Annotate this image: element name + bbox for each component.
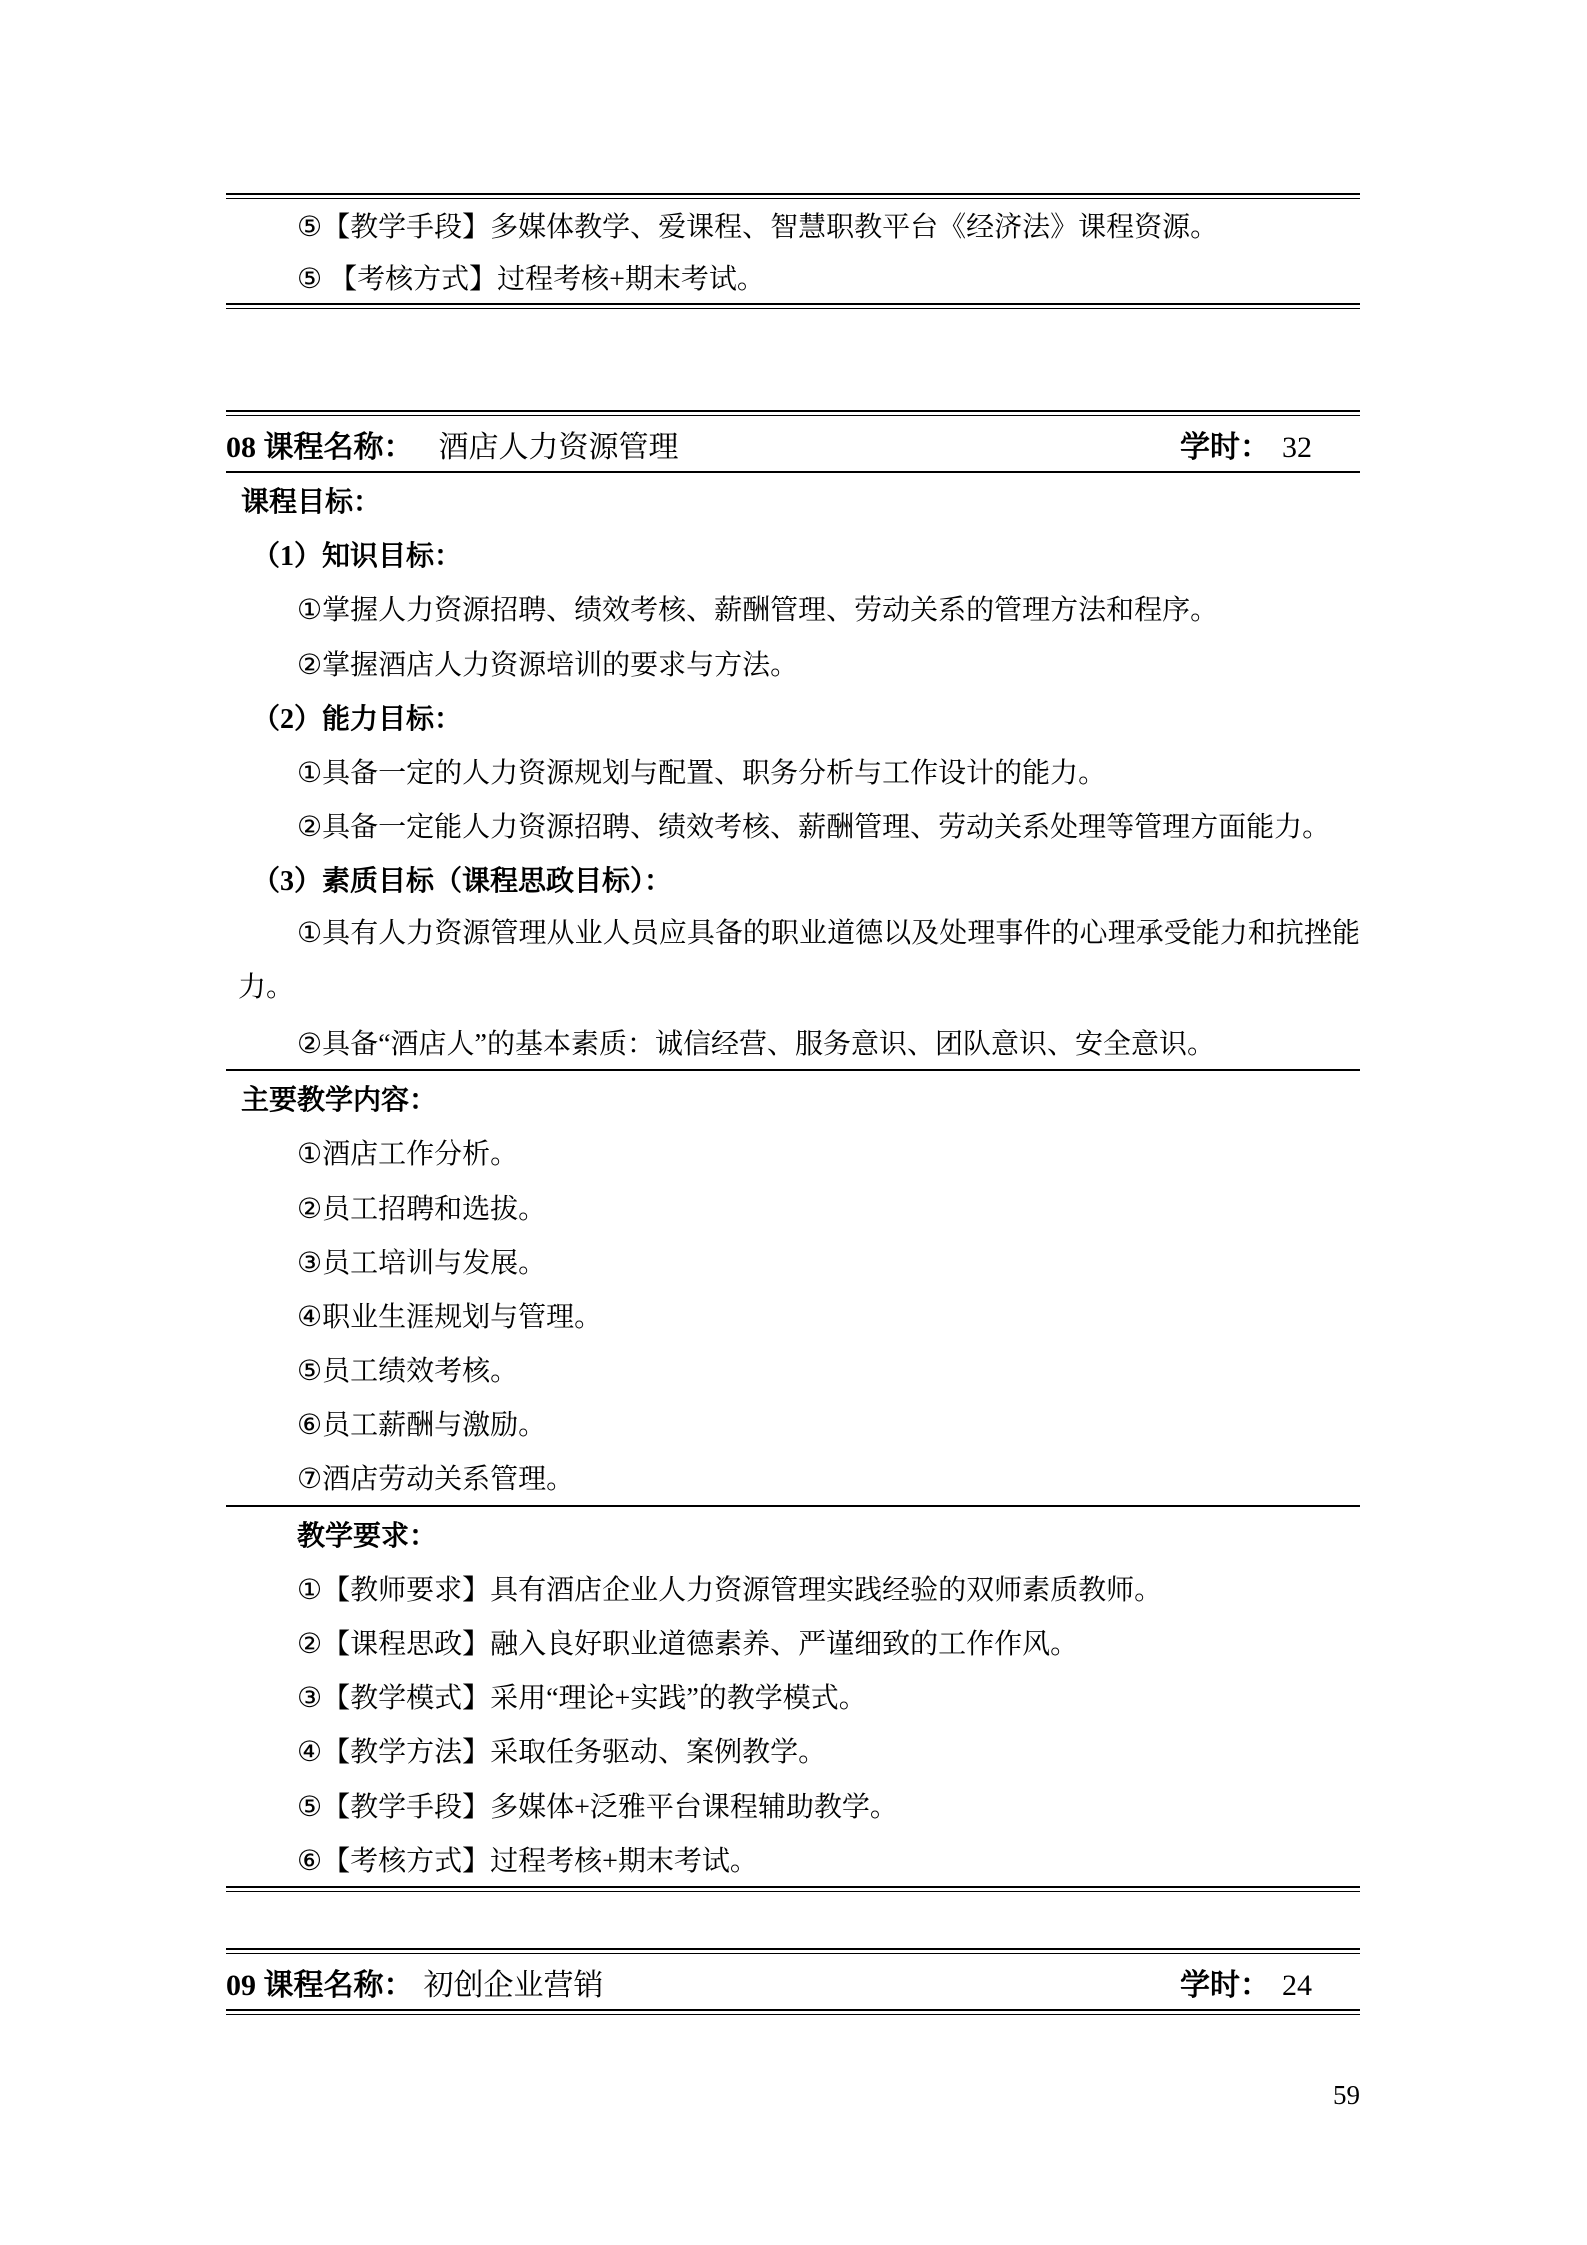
goal-item: ②具备一定能人力资源招聘、绩效考核、薪酬管理、劳动关系处理等管理方面能力。 [226, 798, 1360, 852]
hours-label: 学时： [1180, 431, 1270, 464]
content-item: ④职业生涯规划与管理。 [226, 1288, 1360, 1342]
content-item: ⑦酒店劳动关系管理。 [226, 1450, 1360, 1504]
course09-header-row: 09 课程名称： 初创企业营销 学时：24 [226, 1954, 1360, 2009]
course09-table: 09 课程名称： 初创企业营销 学时：24 [226, 1948, 1360, 2015]
course-number-label: 08 课程名称： [226, 422, 414, 466]
content-heading: 主要教学内容： [226, 1071, 1360, 1125]
requirement-item: ⑤【教学手段】多媒体+泛雅平台课程辅助教学。 [226, 1778, 1360, 1832]
content-item: ②员工招聘和选拔。 [226, 1179, 1360, 1233]
quality-goals-subheading: （3）素质目标（课程思政目标）： [226, 852, 1360, 906]
hours-label: 学时： [1180, 1969, 1270, 2002]
content-item: ⑥员工薪酬与激励。 [226, 1396, 1360, 1450]
knowledge-goals-subheading: （1）知识目标： [226, 527, 1360, 581]
hours-value: 24 [1282, 1969, 1312, 2002]
goals-heading: 课程目标： [226, 473, 1360, 527]
content-item: ①酒店工作分析。 [226, 1125, 1360, 1179]
course-hours-cell: 学时：32 [1180, 422, 1360, 466]
requirements-heading: 教学要求： [226, 1507, 1360, 1561]
content-item: ③员工培训与发展。 [226, 1234, 1360, 1288]
goal-item-wrapped: ①具有人力资源管理从业人员应具备的职业道德以及处理事件的心理承受能力和抗挫能力。 [226, 907, 1360, 1015]
ability-goals-subheading: （2）能力目标： [226, 690, 1360, 744]
course07-table-fragment: ⑤【教学手段】多媒体教学、爱课程、智慧职教平台《经济法》课程资源。 ⑤ 【考核方… [226, 193, 1360, 309]
requirement-item: ②【课程思政】融入良好职业道德素养、严谨细致的工作作风。 [226, 1615, 1360, 1669]
course-title: 初创企业营销 [424, 1960, 604, 2004]
teaching-means-line: ⑤【教学手段】多媒体教学、爱课程、智慧职教平台《经济法》课程资源。 [226, 199, 1360, 251]
course08-table: 08 课程名称： 酒店人力资源管理 学时：32 课程目标： （1）知识目标： ①… [226, 410, 1360, 1892]
document-page: ⑤【教学手段】多媒体教学、爱课程、智慧职教平台《经济法》课程资源。 ⑤ 【考核方… [0, 0, 1587, 2245]
course-hours-cell: 学时：24 [1180, 1960, 1360, 2004]
goal-item: ①掌握人力资源招聘、绩效考核、薪酬管理、劳动关系的管理方法和程序。 [226, 581, 1360, 635]
requirement-item: ⑥【考核方式】过程考核+期末考试。 [226, 1832, 1360, 1886]
course-number-label: 09 课程名称： [226, 1960, 414, 2004]
hours-value: 32 [1282, 431, 1312, 464]
table-border-double [226, 2009, 1360, 2015]
course-name-cell: 09 课程名称： 初创企业营销 [226, 1960, 604, 2004]
course-title: 酒店人力资源管理 [439, 422, 679, 466]
requirement-item: ③【教学模式】采用“理论+实践”的教学模式。 [226, 1669, 1360, 1723]
table-border-double [226, 1886, 1360, 1892]
goal-item: ②具备“酒店人”的基本素质：诚信经营、服务意识、团队意识、安全意识。 [226, 1015, 1360, 1069]
content-item: ⑤员工绩效考核。 [226, 1342, 1360, 1396]
table-border-double [226, 303, 1360, 309]
requirement-item: ④【教学方法】采取任务驱动、案例教学。 [226, 1723, 1360, 1777]
page-number: 59 [1270, 2080, 1360, 2111]
goal-item: ①具备一定的人力资源规划与配置、职务分析与工作设计的能力。 [226, 744, 1360, 798]
goal-item: ②掌握酒店人力资源培训的要求与方法。 [226, 636, 1360, 690]
requirement-item: ①【教师要求】具有酒店企业人力资源管理实践经验的双师素质教师。 [226, 1561, 1360, 1615]
assessment-line: ⑤ 【考核方式】过程考核+期末考试。 [226, 251, 1360, 303]
course-name-cell: 08 课程名称： 酒店人力资源管理 [226, 422, 679, 466]
course08-header-row: 08 课程名称： 酒店人力资源管理 学时：32 [226, 416, 1360, 471]
